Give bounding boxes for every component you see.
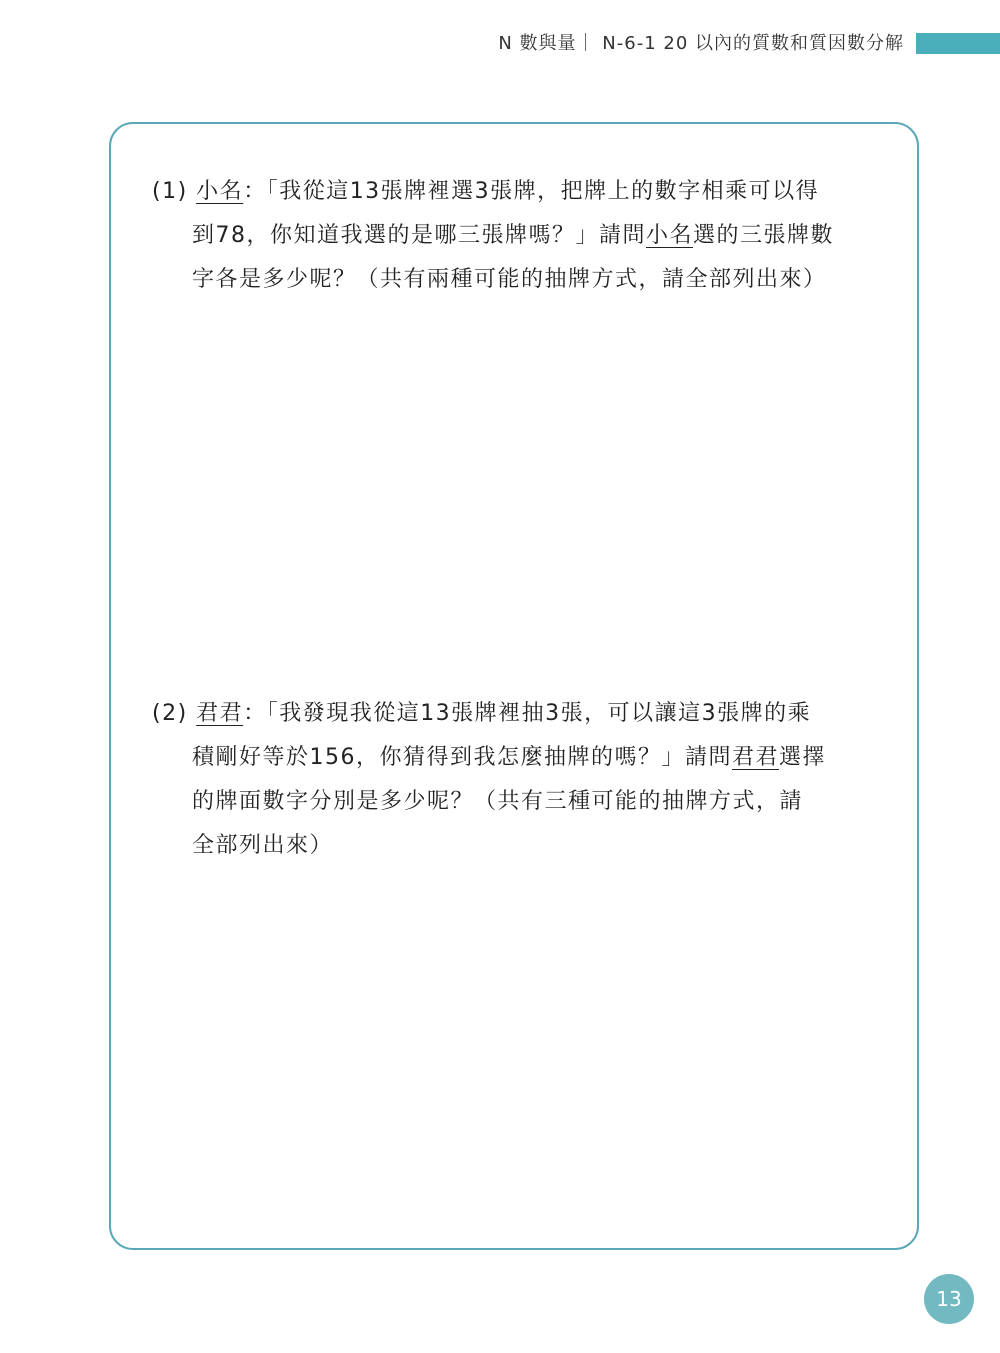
question-text: 到78，你知道我選的是哪三張牌嗎？」請問 [192,223,646,248]
speaker-name: 君君 [196,701,243,726]
page-number-badge: 13 [924,1274,974,1324]
question-text: ：「我從這13張牌裡選3張牌，把牌上的數字相乘可以得 [243,179,819,204]
speaker-name: 君君 [732,745,779,770]
question-1: (1) 小名：「我從這13張牌裡選3張牌，把牌上的數字相乘可以得 到78，你知道… [152,170,834,302]
question-number: (2) [152,701,188,726]
question-number: (1) [152,179,188,204]
question-2: (2) 君君：「我發現我從這13張牌裡抽3張，可以讓這3張牌的乘 積剛好等於15… [152,692,826,868]
running-header: N 數與量｜ N-6-1 20 以內的質數和質因數分解 [498,30,904,58]
question-text: 選擇 [779,745,826,770]
question-text: ：「我發現我從這13張牌裡抽3張，可以讓這3張牌的乘 [243,701,811,726]
question-text: 的牌面數字分別是多少呢？（共有三種可能的抽牌方式，請 [192,789,803,814]
speaker-name: 小名 [196,179,243,204]
header-accent-bar [916,33,1000,54]
speaker-name: 小名 [646,223,693,248]
question-text: 字各是多少呢？（共有兩種可能的抽牌方式，請全部列出來） [192,267,827,292]
question-text: 全部列出來） [192,833,333,858]
question-text: 積剛好等於156，你猜得到我怎麼抽牌的嗎？」請問 [192,745,732,770]
question-text: 選的三張牌數 [693,223,834,248]
